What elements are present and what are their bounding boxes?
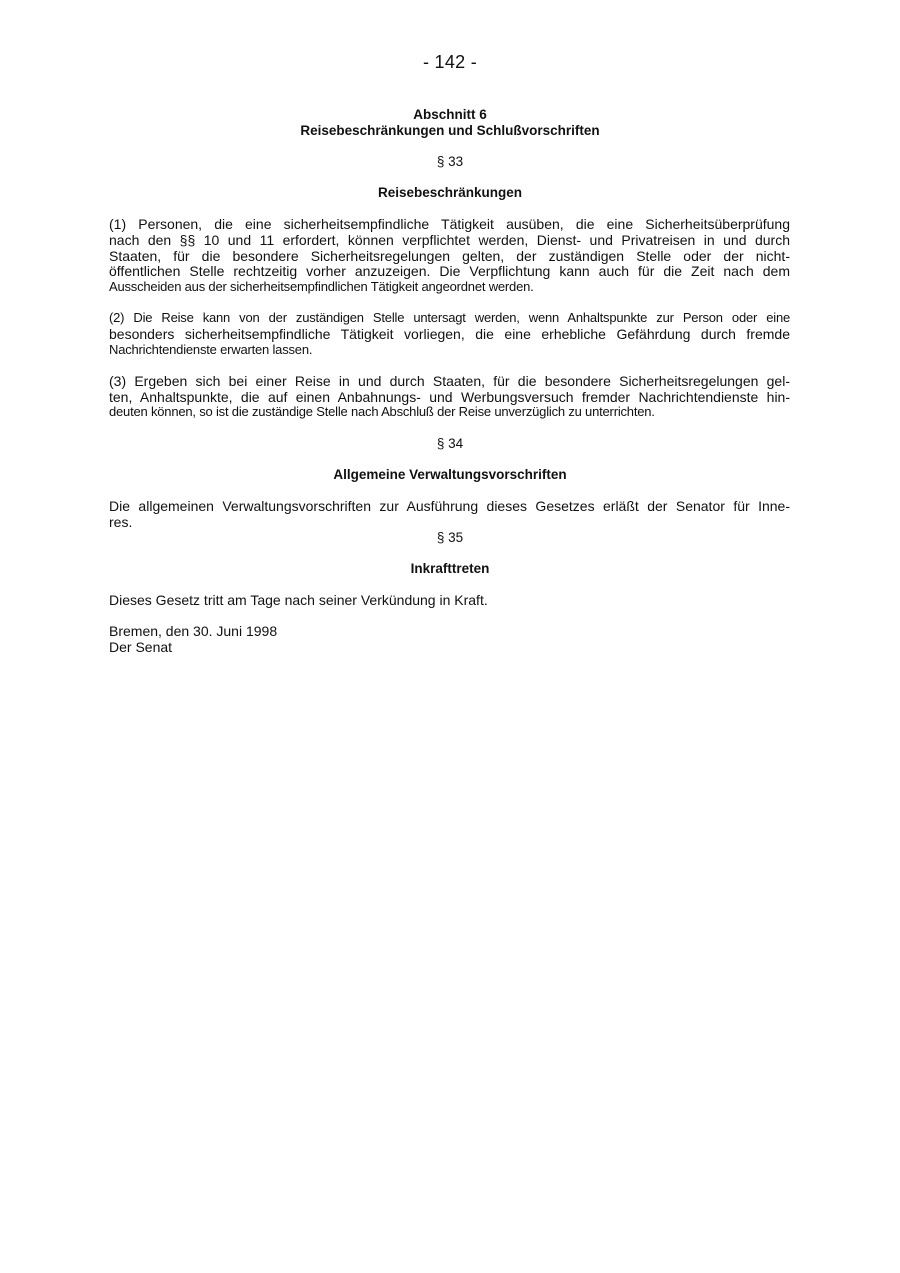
- document-page: - 142 - Abschnitt 6 Reisebeschränkungen …: [0, 0, 900, 1273]
- text-line: Dieses Gesetz tritt am Tage nach seiner …: [109, 592, 790, 608]
- text-line: (2) Die Reise kann von der zuständigen S…: [109, 310, 790, 326]
- paragraph-heading-34: Allgemeine Verwaltungsvorschriften: [0, 467, 900, 482]
- text-line: nach den §§ 10 und 11 erfordert, können …: [109, 232, 790, 248]
- paragraph-heading-33: Reisebeschränkungen: [0, 185, 900, 200]
- text-line: deuten können, so ist die zuständige Ste…: [109, 404, 790, 420]
- text-line: res.: [109, 514, 790, 530]
- text-line: Die allgemeinen Verwaltungsvorschriften …: [109, 498, 790, 514]
- paragraph-symbol-34: § 34: [0, 436, 900, 451]
- text-line: Ausscheiden aus der sicherheitsempfindli…: [109, 279, 790, 295]
- text-line: (1) Personen, die eine sicherheitsempfin…: [109, 216, 790, 232]
- paragraph-heading-35: Inkrafttreten: [0, 561, 900, 576]
- section-title: Reisebeschränkungen und Schlußvorschrift…: [0, 123, 900, 138]
- text-line: ten, Anhaltspunkte, die auf einen Anbahn…: [109, 389, 790, 405]
- place-date: Bremen, den 30. Juni 1998: [109, 623, 790, 639]
- text-line: Nachrichtendienste erwarten lassen.: [109, 342, 790, 358]
- signatory: Der Senat: [109, 639, 790, 655]
- text-line: (3) Ergeben sich bei einer Reise in und …: [109, 373, 790, 389]
- paragraph-symbol-33: § 33: [0, 154, 900, 169]
- section-label: Abschnitt 6: [0, 107, 900, 122]
- text-line: Staaten, für die besondere Sicherheitsre…: [109, 248, 790, 264]
- text-line: besonders sicherheitsempfindliche Tätigk…: [109, 326, 790, 342]
- page-number: - 142 -: [0, 52, 900, 73]
- paragraph-symbol-35: § 35: [0, 530, 900, 545]
- text-line: öffentlichen Stelle rechtzeitig vorher a…: [109, 263, 790, 279]
